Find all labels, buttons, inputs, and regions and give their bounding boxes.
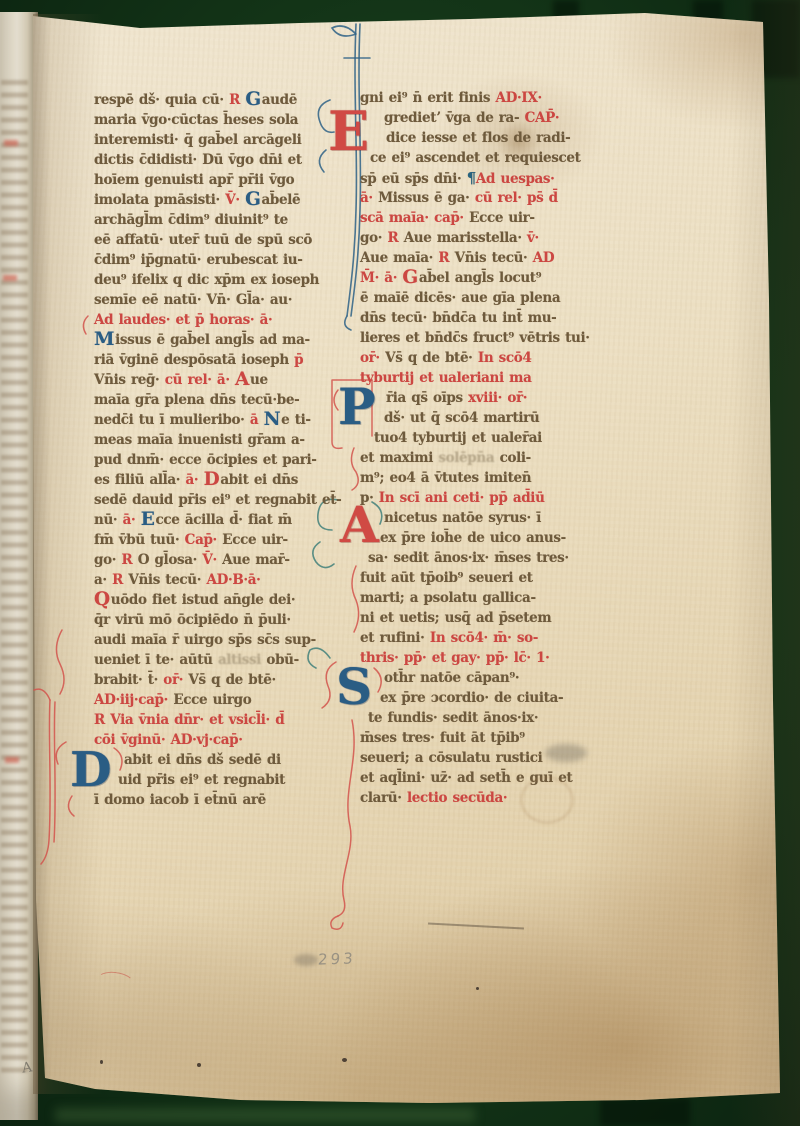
text-line: interemisti· q̄ gab̄el arcāgeli bbox=[94, 130, 338, 150]
text-line: eē affatū· uter̄ tuū de spū scō bbox=[94, 230, 338, 250]
rubric-text: scā maīa· cap̄· bbox=[360, 210, 469, 226]
text-column-right: gni ei⁹ n̄ erit finis AD·IX·gredietʼ v̄g… bbox=[360, 88, 612, 808]
text-line: Aue maīa· R Vn̄is tecū· AD bbox=[360, 248, 612, 268]
body-text: Aue marisstella· bbox=[404, 230, 527, 246]
text-line: ā· Missus ē ga· cū rel· ps̄ d̄ bbox=[360, 188, 612, 208]
rubric-text: tyburtij et ualeriani ma bbox=[360, 370, 531, 386]
ink-speck bbox=[342, 1058, 347, 1062]
text-line: fuit aūt tp̄oib⁹ seueri et bbox=[360, 568, 612, 588]
rubric-text: CAP̄· bbox=[525, 110, 560, 126]
text-line: Ad laudes· et p̄ horas· ā· bbox=[94, 310, 338, 330]
rubric-text: R bbox=[438, 250, 454, 266]
body-text: pud dnm̄· ecce ōcipies et pari- bbox=[94, 452, 317, 468]
text-line: m⁹; eo4 ā v̄tutes imiten̄ bbox=[360, 468, 612, 488]
ink-speck bbox=[100, 1060, 103, 1064]
body-text: Ecce uirgo bbox=[173, 692, 251, 708]
text-line: sedē dauid pr̄is ei⁹ et regnabit et̄- bbox=[94, 490, 338, 510]
body-text: a· bbox=[94, 572, 112, 588]
lombard-capital: G bbox=[245, 89, 261, 110]
text-line: lieres et bn̄dc̄s fruct⁹ vētris tui· bbox=[360, 328, 612, 348]
rubric-text: Cap̄· bbox=[185, 532, 223, 548]
body-text: Vn̄is reḡ· bbox=[94, 372, 165, 388]
body-text: Aue mar̄- bbox=[222, 552, 290, 568]
body-text: sp̄ eū sp̄s dn̄i· bbox=[360, 171, 467, 187]
body-text: et maximi bbox=[360, 450, 438, 466]
manuscript-photo: E P A S D respē dš· quia cū· R Gaudēmari… bbox=[0, 0, 800, 1126]
body-text: audi maīa r̄ uirgo sp̄s sc̄s sup- bbox=[94, 632, 316, 648]
rubric-text: ā· bbox=[186, 472, 204, 488]
text-line: AD·iij·cap̄· Ecce uirgo bbox=[94, 690, 338, 710]
text-line: pud dnm̄· ecce ōcipies et pari- bbox=[94, 450, 338, 470]
text-line: nū· ā· Ecce ācilla d̄· fiat m̄ bbox=[94, 510, 338, 530]
text-line: nedc̄i tu ī mulieribo· ā Ne ti- bbox=[94, 410, 338, 430]
facing-page-red-mark bbox=[5, 757, 19, 763]
body-text: sa· sedit ānos·ix· m̄ses tres· bbox=[368, 550, 569, 566]
rubric-text: In scō4· m̄· so- bbox=[430, 630, 538, 646]
body-text: Ecce uir- bbox=[222, 532, 288, 548]
body-text: solēpn̄a bbox=[438, 450, 494, 466]
text-line: dš· ut q̄ scō4 martirū bbox=[360, 408, 612, 428]
body-text: hoīem genuisti apr̄ pr̄ii v̄go bbox=[94, 172, 294, 188]
body-text: go· bbox=[94, 552, 121, 568]
body-text: ē maīē dicēs· aue gīa plena bbox=[360, 290, 560, 306]
rubric-text: R bbox=[121, 552, 137, 568]
body-text: tuo4 tyburtij et ualer̄ai bbox=[374, 430, 542, 446]
rubric-text: xviii· or̄· bbox=[468, 390, 527, 406]
text-line: gni ei⁹ n̄ erit finis AD·IX· bbox=[360, 88, 612, 108]
rubric-text: R bbox=[229, 92, 245, 108]
text-line: r̄ia qs̄ oīps xviii· or̄· bbox=[360, 388, 612, 408]
text-line: dictis c̄didisti· Dū v̄go dn̄i et bbox=[94, 150, 338, 170]
text-line: maīa gr̄a plena dn̄s tecū·be- bbox=[94, 390, 338, 410]
rubric-text: M̄· ā· bbox=[360, 270, 402, 286]
text-line: imolata pmāsisti· V̄· Gab̄elē bbox=[94, 190, 338, 210]
rubric-text: cū rel· ps̄ d̄ bbox=[475, 190, 558, 206]
body-text: meas maīa inuenisti gr̄am a- bbox=[94, 432, 305, 448]
rubric-text: or̄· bbox=[360, 350, 385, 366]
body-text: e ti- bbox=[281, 412, 311, 428]
text-line: es filiū all̄a· ā· Dabit ei dn̄s bbox=[94, 470, 338, 490]
lombard-capital: M bbox=[94, 329, 115, 350]
facing-page-red-mark bbox=[4, 140, 18, 146]
text-line: meas maīa inuenisti gr̄am a- bbox=[94, 430, 338, 450]
text-line: ī domo iacob ī et̄nū arē bbox=[94, 790, 338, 810]
text-line: et rufini· In scō4· m̄· so- bbox=[360, 628, 612, 648]
rubric-text: R bbox=[112, 572, 128, 588]
text-line: et aql̄ini· uz̄· ad seth̄ e guī et bbox=[360, 768, 612, 788]
smudge-stain bbox=[545, 744, 587, 762]
text-line: Quōdo fiet istud an̄gle dei· bbox=[94, 590, 338, 610]
text-line: ce ei⁹ ascendet et requiescet bbox=[360, 148, 612, 168]
rubric-text: AD bbox=[533, 250, 554, 266]
text-line: dice iesse et flos de radi- bbox=[360, 128, 612, 148]
body-text: ex p̄re ɔcordio· de ciuita- bbox=[380, 690, 563, 706]
body-text: es filiū all̄a· bbox=[94, 472, 186, 488]
rubric-text: cōi v̄ginū· AD·vj·cap̄· bbox=[94, 732, 243, 748]
lombard-capital: G bbox=[245, 189, 261, 210]
lombard-capital: A bbox=[235, 369, 250, 390]
body-text: m̄ses tres· fuit āt tp̄ib⁹ bbox=[360, 730, 525, 746]
body-text: archāgl̄m c̄dim⁹ diuinit⁹ te bbox=[94, 212, 288, 228]
body-text: gredietʼ v̄ga de ra- bbox=[384, 110, 525, 126]
body-text: maīa gr̄a plena dn̄s tecū·be- bbox=[94, 392, 299, 408]
text-line: maria v̄go·cūctas h̄eses sola bbox=[94, 110, 338, 130]
body-text: ab̄elē bbox=[262, 192, 301, 208]
body-text: ¶ bbox=[467, 169, 476, 187]
text-line: abit ei dn̄s dš sedē di bbox=[94, 750, 338, 770]
body-text: brabit· t̄· bbox=[94, 672, 163, 688]
body-text: gni ei⁹ n̄ erit finis bbox=[360, 90, 496, 106]
text-line: riā v̄ginē despōsatā ioseph p̄ bbox=[94, 350, 338, 370]
rubric-text: cū rel· ā· bbox=[165, 372, 235, 388]
rubric-text: thris· pp̄· et gay· pp̄· lc̄· 1· bbox=[360, 650, 550, 666]
lombard-capital: N bbox=[264, 409, 282, 430]
body-text: cce ācilla d̄· fiat m̄ bbox=[156, 512, 292, 528]
body-text: altissi bbox=[218, 652, 261, 668]
text-line: tuo4 tyburtij et ualer̄ai bbox=[360, 428, 612, 448]
body-text: p· bbox=[360, 490, 379, 506]
text-line: p· In scī ani ceti· pp̄ ad̄iū bbox=[360, 488, 612, 508]
text-line: sp̄ eū sp̄s dn̄i· ¶Ad uespas· bbox=[360, 168, 612, 188]
body-text: ni et uetis; usq̄ ad p̄setem bbox=[360, 610, 551, 626]
body-text: interemisti· q̄ gab̄el arcāgeli bbox=[94, 132, 301, 148]
body-text: Ecce uir- bbox=[469, 210, 535, 226]
text-line: audi maīa r̄ uirgo sp̄s sc̄s sup- bbox=[94, 630, 338, 650]
rubric-text: Ad laudes· et p̄ horas· ā· bbox=[94, 312, 272, 328]
ink-speck bbox=[476, 987, 479, 990]
text-line: go· R Aue marisstella· v̄· bbox=[360, 228, 612, 248]
body-text: dn̄s tecū· bn̄dc̄a tu int̄ mu- bbox=[360, 310, 556, 326]
rubric-text: AD·B·ā· bbox=[206, 572, 260, 588]
body-text: dš· ut q̄ scō4 martirū bbox=[384, 410, 539, 426]
text-line: te fundis· sedit ānos·ix· bbox=[360, 708, 612, 728]
ring-stain bbox=[520, 776, 574, 824]
body-text: obū- bbox=[261, 652, 299, 668]
body-text: nū· bbox=[94, 512, 123, 528]
rubric-text: p̄ bbox=[294, 352, 303, 368]
body-text: go· bbox=[360, 230, 387, 246]
text-line: Missus ē gab̄el angl̄s ad ma- bbox=[94, 330, 338, 350]
body-text: issus ē gab̄el angl̄s ad ma- bbox=[115, 332, 310, 348]
body-text: marti; a psolatu gallica- bbox=[360, 590, 536, 606]
text-line: ueniet ī te· aūtū altissi obū- bbox=[94, 650, 338, 670]
body-text: Vn̄is tecū· bbox=[455, 250, 533, 266]
body-text: ce ei⁹ ascendet et requiescet bbox=[370, 150, 580, 166]
text-line: a· R Vn̄is tecū· AD·B·ā· bbox=[94, 570, 338, 590]
rubric-text: V̄· bbox=[202, 552, 222, 568]
body-text: Missus ē ga· bbox=[378, 190, 475, 206]
text-line: sa· sedit ānos·ix· m̄ses tres· bbox=[360, 548, 612, 568]
text-line: dn̄s tecū· bn̄dc̄a tu int̄ mu- bbox=[360, 308, 612, 328]
background-strap bbox=[600, 1098, 690, 1126]
text-line: et maximi solēpn̄a coli- bbox=[360, 448, 612, 468]
text-line: Vn̄is reḡ· cū rel· ā· Aue bbox=[94, 370, 338, 390]
rubric-text: In scō4 bbox=[478, 350, 532, 366]
rubric-text: lectio secūda· bbox=[407, 790, 507, 806]
body-text: ī domo iacob ī et̄nū arē bbox=[94, 792, 266, 808]
facing-page-ghost-text bbox=[1, 80, 28, 1080]
rubric-text: v̄· bbox=[527, 230, 539, 246]
body-text: sedē dauid pr̄is ei⁹ et regnabit et̄- bbox=[94, 492, 341, 508]
text-line: ex p̄re ɔcordio· de ciuita- bbox=[360, 688, 612, 708]
rubric-text: R bbox=[387, 230, 403, 246]
text-column-left: respē dš· quia cū· R Gaudēmaria v̄go·cūc… bbox=[94, 90, 338, 810]
body-text: oth̄r natōe cāpan⁹· bbox=[384, 670, 519, 686]
body-text: Vs̄ q de btē· bbox=[385, 350, 478, 366]
body-text: ab̄el angl̄s locut⁹ bbox=[419, 270, 541, 286]
rubric-text: In scī ani ceti· pp̄ ad̄iū bbox=[379, 490, 545, 506]
body-text: Aue maīa· bbox=[360, 250, 438, 266]
text-line: archāgl̄m c̄dim⁹ diuinit⁹ te bbox=[94, 210, 338, 230]
text-line: gredietʼ v̄ga de ra- CAP̄· bbox=[360, 108, 612, 128]
pencil-mark: A bbox=[21, 1059, 33, 1076]
body-text: seueri; a cōsulatu rustici bbox=[360, 750, 542, 766]
body-text: fuit aūt tp̄oib⁹ seueri et bbox=[360, 570, 533, 586]
body-text: O gl̄osa· bbox=[138, 552, 203, 568]
text-line: ni et uetis; usq̄ ad p̄setem bbox=[360, 608, 612, 628]
text-line: clarū· lectio secūda· bbox=[360, 788, 612, 808]
text-line: semīe eē natū· Vn̄· Gl̄a· au· bbox=[94, 290, 338, 310]
lombard-capital: G bbox=[402, 267, 418, 288]
body-text: te fundis· sedit ānos·ix· bbox=[368, 710, 538, 726]
text-line: uid pr̄is ei⁹ et regnabit bbox=[94, 770, 338, 790]
rubric-text: or̄· bbox=[163, 672, 188, 688]
text-line: nicetus natōe syrus· ī bbox=[360, 508, 612, 528]
body-text: maria v̄go·cūctas h̄eses sola bbox=[94, 112, 298, 128]
body-text: lieres et bn̄dc̄s fruct⁹ vētris tui· bbox=[360, 330, 590, 346]
ink-speck bbox=[197, 1063, 201, 1067]
body-text: deu⁹ ifelix q dic xp̄m ex ioseph bbox=[94, 272, 319, 288]
rubric-text: ā bbox=[250, 412, 264, 428]
body-text: coli- bbox=[494, 450, 531, 466]
text-line: c̄dim⁹ ip̄gnatū· erubescat iu- bbox=[94, 250, 338, 270]
lombard-capital: E bbox=[141, 509, 156, 530]
body-text: eē affatū· uter̄ tuū de spū scō bbox=[94, 232, 312, 248]
body-text: c̄dim⁹ ip̄gnatū· erubescat iu- bbox=[94, 252, 303, 268]
rubric-text: AD·iij·cap̄· bbox=[94, 692, 173, 708]
text-line: cōi v̄ginū· AD·vj·cap̄· bbox=[94, 730, 338, 750]
text-line: marti; a psolatu gallica- bbox=[360, 588, 612, 608]
body-text: Vn̄is tecū· bbox=[128, 572, 206, 588]
rubric-text: ā· bbox=[123, 512, 141, 528]
body-text: riā v̄ginē despōsatā ioseph bbox=[94, 352, 294, 368]
body-text: m⁹; eo4 ā v̄tutes imiten̄ bbox=[360, 470, 531, 486]
body-text: et rufini· bbox=[360, 630, 430, 646]
rubric-text: AD·IX· bbox=[496, 90, 542, 106]
rubric-text: V̄· bbox=[225, 192, 245, 208]
body-text: fm̄ v̄bū tuū· bbox=[94, 532, 185, 548]
text-line: ē maīē dicēs· aue gīa plena bbox=[360, 288, 612, 308]
body-text: r̄ia qs̄ oīps bbox=[386, 390, 468, 406]
body-text: dice iesse et flos de radi- bbox=[386, 130, 570, 146]
text-line: brabit· t̄· or̄· Vs̄ q de btē· bbox=[94, 670, 338, 690]
body-text: dictis c̄didisti· Dū v̄go dn̄i et bbox=[94, 152, 302, 168]
body-text: semīe eē natū· Vn̄· Gl̄a· au· bbox=[94, 292, 292, 308]
body-text: ueniet ī te· aūtū bbox=[94, 652, 218, 668]
body-text: uōdo fiet istud an̄gle dei· bbox=[111, 592, 296, 608]
facing-page-red-mark bbox=[3, 275, 17, 281]
body-text: audē bbox=[262, 92, 297, 108]
body-text: clarū· bbox=[360, 790, 407, 806]
body-text: ue bbox=[250, 372, 268, 388]
body-text: nicetus natōe syrus· ī bbox=[384, 510, 541, 526]
body-text: ex p̄re ioh̄e de uico anus- bbox=[380, 530, 566, 546]
body-text: q̄r virū mō ōcipiēdo n̄ p̄uli· bbox=[94, 612, 291, 628]
pencil-smudge bbox=[294, 954, 318, 966]
text-line: deu⁹ ifelix q dic xp̄m ex ioseph bbox=[94, 270, 338, 290]
text-line: ex p̄re ioh̄e de uico anus- bbox=[360, 528, 612, 548]
text-line: hoīem genuisti apr̄ pr̄ii v̄go bbox=[94, 170, 338, 190]
rubric-text: R Via v̄nia dn̄r· et vsicl̄i· d̄ bbox=[94, 712, 284, 728]
text-line: or̄· Vs̄ q de btē· In scō4 bbox=[360, 348, 612, 368]
folio-number: 293 bbox=[317, 949, 356, 968]
background-highlight bbox=[55, 1108, 475, 1122]
text-line: fm̄ v̄bū tuū· Cap̄· Ecce uir- bbox=[94, 530, 338, 550]
rubric-text: Ad uespas· bbox=[476, 171, 555, 187]
lombard-capital: Q bbox=[94, 589, 111, 610]
text-line: oth̄r natōe cāpan⁹· bbox=[360, 668, 612, 688]
text-line: M̄· ā· Gab̄el angl̄s locut⁹ bbox=[360, 268, 612, 288]
text-line: R Via v̄nia dn̄r· et vsicl̄i· d̄ bbox=[94, 710, 338, 730]
body-text: abit ei dn̄s bbox=[220, 472, 298, 488]
text-line: go· R O gl̄osa· V̄· Aue mar̄- bbox=[94, 550, 338, 570]
body-text: respē dš· quia cū· bbox=[94, 92, 229, 108]
body-text: abit ei dn̄s dš sedē di bbox=[124, 752, 281, 768]
text-line: scā maīa· cap̄· Ecce uir- bbox=[360, 208, 612, 228]
lombard-capital: D bbox=[204, 469, 221, 490]
body-text: imolata pmāsisti· bbox=[94, 192, 225, 208]
rubric-text: ā· bbox=[360, 190, 378, 206]
body-text: Vs̄ q de btē· bbox=[188, 672, 275, 688]
page-edge-shadow bbox=[730, 0, 800, 1126]
text-line: tyburtij et ualeriani ma bbox=[360, 368, 612, 388]
text-line: q̄r virū mō ōcipiēdo n̄ p̄uli· bbox=[94, 610, 338, 630]
text-line: respē dš· quia cū· R Gaudē bbox=[94, 90, 338, 110]
body-text: nedc̄i tu ī mulieribo· bbox=[94, 412, 250, 428]
body-text: uid pr̄is ei⁹ et regnabit bbox=[118, 772, 285, 788]
text-line: thris· pp̄· et gay· pp̄· lc̄· 1· bbox=[360, 648, 612, 668]
